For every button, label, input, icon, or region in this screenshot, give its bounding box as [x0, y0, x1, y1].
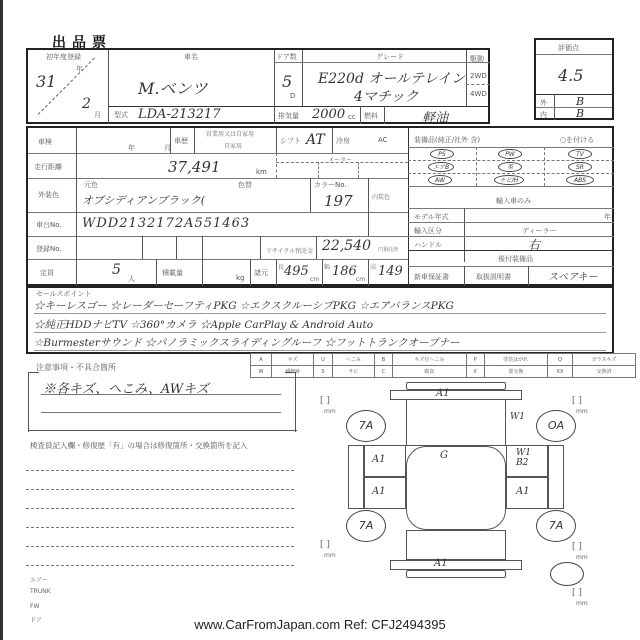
shift-value: AT	[306, 132, 325, 148]
equip-airbag: エアB	[428, 162, 454, 172]
score-value: 4.5	[558, 66, 583, 85]
import-type-value: ディーラー	[522, 226, 556, 236]
sales-points-box: セールスポイント ☆キーレスゴー ☆レーダーセーフティPKG ☆エクスクルーシブ…	[26, 286, 614, 354]
length-value: 495	[284, 264, 309, 279]
mark-right-front-door: W1 B2	[516, 448, 546, 468]
car-name-label: 車名	[184, 52, 198, 62]
page-border	[0, 0, 3, 640]
spare-key: スペアキー	[548, 268, 598, 283]
mark-rear-bumper: A1	[434, 558, 448, 569]
inspector-label: 検査員記入欄・修復歴「有」の場合は修復箇所・交換箇所を記入	[30, 440, 248, 451]
damage-legend: Aキズ Uへこみ Bキズ付へこみ P塗装はがれ Qガラスキズ W補修跡 Sサビ …	[250, 353, 636, 378]
mark-right-rear-door: A1	[516, 486, 530, 497]
capacity-value: 5	[112, 262, 121, 278]
displacement-value: 2000	[312, 107, 345, 122]
equip-navi: ナビ/H	[494, 175, 524, 185]
score-box: 評価点 4.5 外 B 内 B	[534, 38, 614, 120]
mark-left-front-door: A1	[372, 454, 386, 465]
color-value: オブシディアンブラック(	[82, 192, 205, 208]
sales-point-line-1: ☆キーレスゴー ☆レーダーセーフティPKG ☆エクスクルーシブPKG ☆エアバラ…	[34, 298, 606, 314]
equipment-label: 装備品(純正/社外 含)	[414, 135, 480, 145]
recycle-amount: 22,540	[322, 238, 371, 254]
details-table: 車検 年 月 車歴 営業用又は自家用 自家用 シフト AT 冷房 AC 走行距離…	[26, 126, 614, 286]
tire-rear-left: 7A	[346, 510, 386, 542]
grade-line1: E220d オールテレイン	[318, 68, 465, 88]
equip-ps: PS	[430, 149, 454, 159]
vin-value: WDD2132172A551463	[82, 216, 250, 231]
equip-aw: AW	[428, 175, 452, 185]
equip-abs: ABS	[566, 175, 594, 185]
color-no-value: 197	[324, 192, 353, 210]
first-reg-year: 31	[36, 72, 56, 91]
mark-left-rear-door: A1	[372, 486, 386, 497]
grade-line2: 4マチック	[354, 86, 419, 106]
car-damage-diagram: A1 G A1 A1 A1 W1 B2 A1 W1 7A OA 7A 7A [ …	[310, 380, 640, 620]
equip-sunroof: SR	[568, 162, 592, 172]
equip-leather: 革	[498, 162, 522, 172]
mark-front-bumper: A1	[436, 388, 450, 399]
interior-score: B	[576, 107, 584, 120]
equip-tv: TV	[568, 149, 592, 159]
mileage-value: 37,491	[168, 158, 221, 176]
mark-roof: G	[440, 450, 448, 461]
sales-point-line-3: ☆Burmesterサウンド ☆パノラミックスライディングルーフ ☆フットトラン…	[34, 335, 606, 351]
fuel-value: 軽油	[422, 107, 448, 126]
tire-front-right: OA	[536, 410, 576, 442]
car-name: M.ベンツ	[138, 76, 207, 99]
first-reg-label: 初年度登録	[46, 52, 81, 62]
height-value: 149	[378, 264, 403, 279]
equip-pw: PW	[498, 149, 522, 159]
watermark-footer: www.CarFromJapan.com Ref: CFJ2494395	[0, 617, 640, 632]
notes-box: ※各キズ、へこみ、AWキズ	[28, 372, 296, 432]
width-value: 186	[332, 264, 357, 279]
tire-front-left: 7A	[346, 410, 386, 442]
tire-spare	[550, 562, 584, 586]
tire-rear-right: 7A	[536, 510, 576, 542]
model-value: LDA-213217	[138, 107, 220, 122]
first-reg-month: 2	[82, 96, 91, 112]
sales-point-line-2: ☆純正HDDナビTV ☆360°カメラ ☆Apple CarPlay & And…	[34, 317, 606, 333]
mark-right-front-fender: W1	[510, 412, 525, 422]
header-table: 初年度登録 31 年 2 月 車名 M.ベンツ ドア数 5 D グレード E22…	[26, 48, 490, 124]
doors-value: 5	[282, 72, 292, 91]
